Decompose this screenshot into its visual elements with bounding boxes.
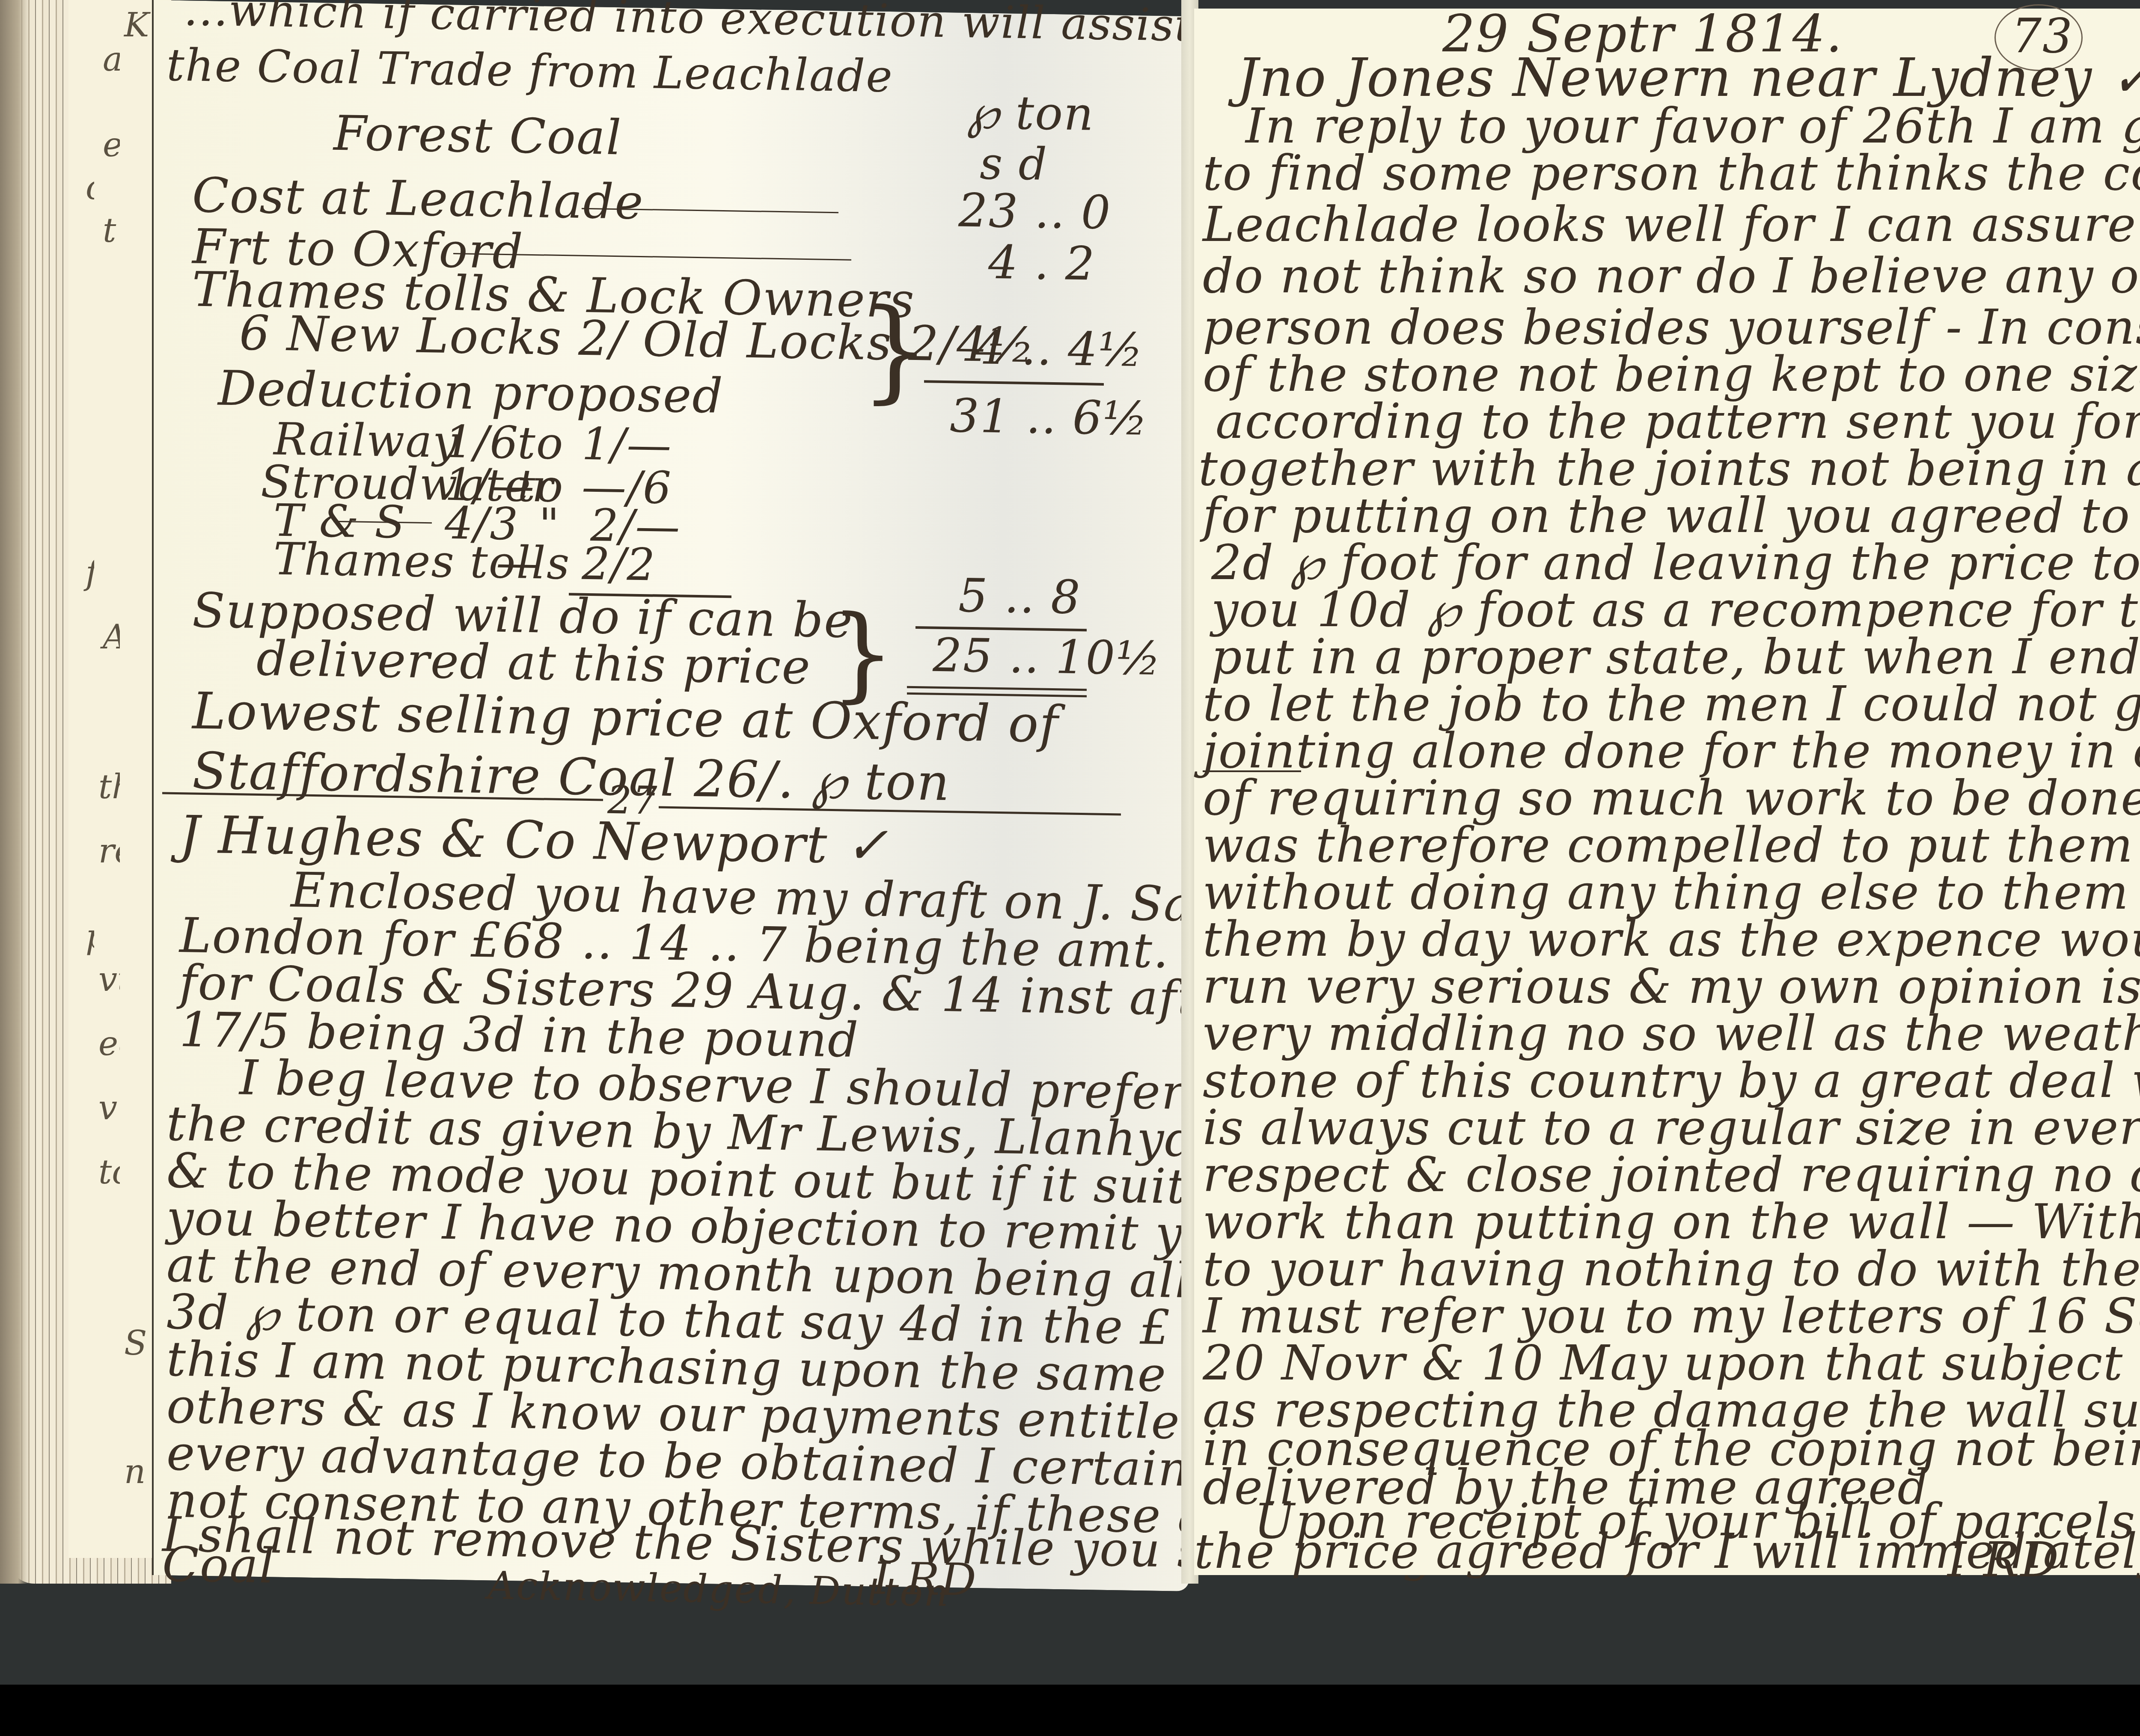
unit-subheader: s d <box>980 137 1048 190</box>
margin-fragment: v <box>98 1091 117 1125</box>
table-row-value: 23 .. 0 <box>958 184 1111 240</box>
table-row-value: 4 .. 4½ <box>975 321 1144 377</box>
double-rule-top <box>907 686 1087 691</box>
letter-line: to find some person that thinks the copi… <box>1203 146 2140 201</box>
dark-backdrop <box>0 1685 2140 1736</box>
letter-line: do not think so nor do I believe any oth… <box>1203 248 2140 304</box>
subtotal-value: 31 .. 6½ <box>950 389 1148 446</box>
table-row-value: 4 . 2 <box>988 236 1095 291</box>
letter-line: Coal <box>162 1537 275 1594</box>
letter-addressee: J Hughes & Co Newport ✓ <box>179 805 889 876</box>
right-page: 29 Septr 1814. 73 Jno Jones Newern near … <box>1194 9 2140 1575</box>
sum-rule <box>924 380 1104 386</box>
brace: } <box>860 285 930 416</box>
table-heading: Forest Coal <box>333 106 622 166</box>
deduction-to: 2/2 <box>582 538 656 591</box>
final-total: 25 .. 10½ <box>933 629 1162 686</box>
margin-fragment: S <box>124 1327 147 1360</box>
deduction-sep: — <box>496 536 541 589</box>
margin-fragment: n <box>124 1455 146 1489</box>
unit-header: ℘ ton <box>967 86 1094 141</box>
lowest-price-note: Staffordshire Coal 26/. ℘ ton <box>192 741 950 812</box>
acknowledgement-note: Acknowledged, Dutton <box>487 1563 949 1615</box>
signature: I RD <box>1947 1532 2060 1588</box>
margin-fragment: K <box>124 9 149 42</box>
left-page: ...which if carried into execution will … <box>152 0 1189 1591</box>
margin-fragment: t <box>103 214 116 247</box>
frayed-edge <box>0 0 30 1584</box>
continued-text-line: the Coal Trade from Leachlade <box>166 39 893 103</box>
deduction-total: 5 .. 8 <box>958 569 1081 625</box>
letter-line: Leachlade looks well for I can assure yo… <box>1203 197 2140 253</box>
